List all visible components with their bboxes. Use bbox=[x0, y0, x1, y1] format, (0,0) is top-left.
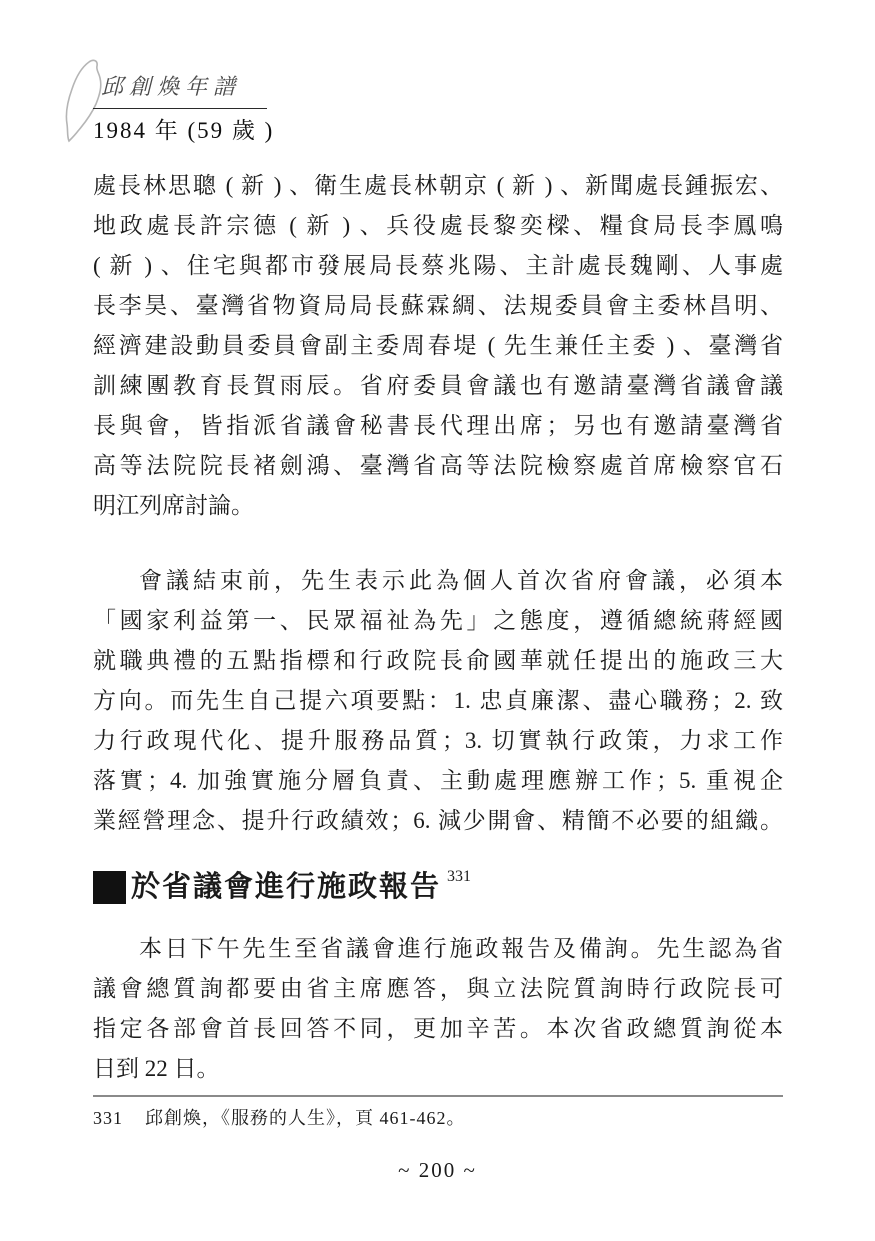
text-line: 議會總質詢都要由省主席應答，與立法院質詢時行政院長可 bbox=[93, 969, 783, 1009]
footnote: 331邱創煥，《服務的人生》，頁 461-462。 bbox=[93, 1095, 783, 1130]
section-heading: 於省議會進行施政報告 331 bbox=[93, 867, 783, 907]
section-heading-text: 於省議會進行施政報告 bbox=[131, 867, 441, 907]
text-line: 地政處長許宗德 ( 新 ) 、兵役處長黎奕樑、糧食局長李鳳鳴 bbox=[93, 206, 783, 246]
footnote-reference-superscript: 331 bbox=[447, 857, 471, 897]
text-line: 處長林思聰 ( 新 ) 、衛生處長林朝京 ( 新 ) 、新聞處長鍾振宏、 bbox=[93, 166, 783, 206]
page-number: ~ 200 ~ bbox=[0, 1158, 875, 1183]
page-header: 邱創煥年譜 1984 年 (59 歲 ) bbox=[0, 0, 875, 146]
book-page: 邱創煥年譜 1984 年 (59 歲 ) 處長林思聰 ( 新 ) 、衛生處長林朝… bbox=[0, 0, 875, 1241]
text-line: 明江列席討論。 bbox=[93, 486, 783, 526]
paragraph: 本日下午先生至省議會進行施政報告及備詢。先生認為省議會總質詢都要由省主席應答，與… bbox=[93, 929, 783, 1089]
black-square-marker-icon bbox=[93, 871, 126, 904]
footnote-number: 331 bbox=[93, 1108, 123, 1128]
text-line: 力行政現代化、提升服務品質；3. 切實執行政策，力求工作 bbox=[93, 721, 783, 761]
book-title: 邱創煥年譜 bbox=[101, 74, 783, 100]
text-line: 就職典禮的五點指標和行政院長俞國華就任提出的施政三大 bbox=[93, 641, 783, 681]
text-line: 落實；4. 加強實施分層負責、主動處理應辦工作；5. 重視企 bbox=[93, 761, 783, 801]
paragraph: 會議結束前，先生表示此為個人首次省府會議，必須本「國家利益第一、民眾福祉為先」之… bbox=[93, 561, 783, 841]
text-line: 「國家利益第一、民眾福祉為先」之態度，遵循總統蔣經國 bbox=[93, 601, 783, 641]
footnote-text: 邱創煥，《服務的人生》，頁 461-462。 bbox=[145, 1108, 466, 1128]
text-line: 日到 22 日。 bbox=[93, 1049, 783, 1089]
text-line: 長李昊、臺灣省物資局局長蘇霖綢、法規委員會主委林昌明、 bbox=[93, 286, 783, 326]
title-underline bbox=[93, 108, 267, 109]
text-line: 會議結束前，先生表示此為個人首次省府會議，必須本 bbox=[93, 561, 783, 601]
text-line: 指定各部會首長回答不同，更加辛苦。本次省政總質詢從本 bbox=[93, 1009, 783, 1049]
paragraph: 處長林思聰 ( 新 ) 、衛生處長林朝京 ( 新 ) 、新聞處長鍾振宏、地政處長… bbox=[93, 166, 783, 526]
text-line: 高等法院院長褚劍鴻、臺灣省高等法院檢察處首席檢察官石 bbox=[93, 446, 783, 486]
paragraph-block-1: 處長林思聰 ( 新 ) 、衛生處長林朝京 ( 新 ) 、新聞處長鍾振宏、地政處長… bbox=[93, 166, 783, 841]
text-line: 方向。而先生自己提六項要點：1. 忠貞廉潔、盡心職務；2. 致 bbox=[93, 681, 783, 721]
page-body: 處長林思聰 ( 新 ) 、衛生處長林朝京 ( 新 ) 、新聞處長鍾振宏、地政處長… bbox=[93, 146, 783, 1130]
text-line: 業經營理念、提升行政績效；6. 減少開會、精簡不必要的組織。 bbox=[93, 801, 783, 841]
text-line: 本日下午先生至省議會進行施政報告及備詢。先生認為省 bbox=[93, 929, 783, 969]
paragraph-block-2: 本日下午先生至省議會進行施政報告及備詢。先生認為省議會總質詢都要由省主席應答，與… bbox=[93, 929, 783, 1089]
text-line: 經濟建設動員委員會副主委周春堤 ( 先生兼任主委 ) 、臺灣省 bbox=[93, 326, 783, 366]
text-line: 訓練團教育長賀雨辰。省府委員會議也有邀請臺灣省議會議 bbox=[93, 366, 783, 406]
text-line: 長與會，皆指派省議會秘書長代理出席；另也有邀請臺灣省 bbox=[93, 406, 783, 446]
year-age-heading: 1984 年 (59 歲 ) bbox=[93, 116, 783, 146]
text-line: ( 新 ) 、住宅與都市發展局長蔡兆陽、主計處長魏剛、人事處 bbox=[93, 246, 783, 286]
